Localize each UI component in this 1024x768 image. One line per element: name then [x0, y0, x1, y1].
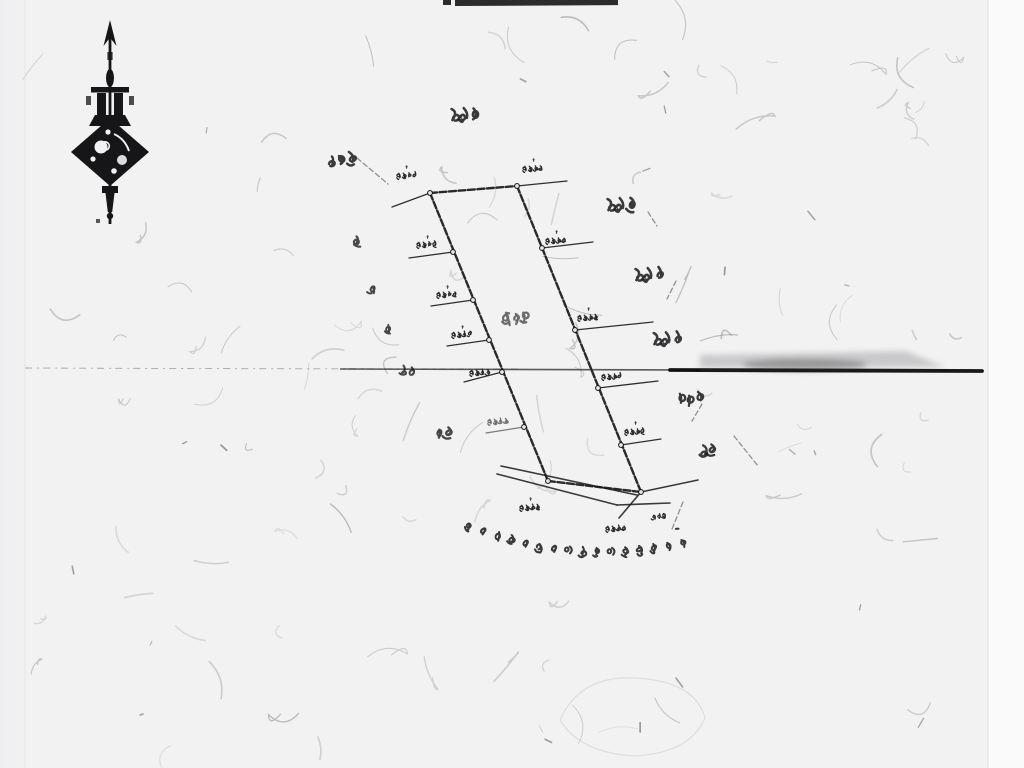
- road-line: [641, 480, 698, 492]
- road-caption-glyph: [608, 548, 615, 555]
- boundary-marker-tick: [517, 181, 567, 186]
- boundary-marker-label: [417, 241, 437, 249]
- glyph-stroke: [658, 514, 661, 519]
- parcel-number-label: [328, 151, 357, 168]
- glyph-stroke: [533, 159, 534, 162]
- glyph-stroke: [556, 231, 557, 234]
- glyph-stroke: [530, 498, 531, 501]
- faint-stain: [560, 678, 705, 756]
- parcel-plot: [392, 181, 698, 518]
- glyph-stroke: [608, 548, 615, 555]
- paper-fiber: [269, 713, 299, 722]
- parcel-number-label: [452, 107, 479, 122]
- boundary-marker-point: [515, 184, 520, 189]
- marker-index-digit: [635, 422, 636, 425]
- paper-fiber: [615, 40, 637, 59]
- parcel-number-label: [654, 331, 681, 346]
- interior-note: [502, 311, 530, 326]
- paper-fiber: [767, 61, 778, 62]
- glyph-stroke: [408, 173, 411, 177]
- paper-fiber: [366, 36, 374, 66]
- glyph-stroke: [679, 393, 685, 402]
- paper-fiber: [334, 321, 361, 330]
- paper-fleck: [664, 72, 669, 77]
- header-bar-fragment: [443, 0, 451, 5]
- paper-fiber: [543, 256, 579, 258]
- pencil-stroke: [692, 404, 702, 421]
- paper-fiber: [550, 601, 569, 607]
- pencil-curve: [700, 335, 738, 341]
- glyph-stroke: [618, 373, 621, 378]
- boundary-marker-tick: [447, 340, 489, 346]
- glyph-stroke: [475, 370, 479, 376]
- glyph-stroke: [480, 528, 486, 535]
- header-bar: [455, 0, 618, 6]
- glyph-stroke: [536, 504, 540, 510]
- paper-fiber: [877, 90, 897, 108]
- glyph-stroke: [485, 370, 490, 376]
- paper-fleck: [724, 267, 725, 274]
- side-note: [367, 286, 375, 293]
- paper-fiber: [475, 500, 490, 522]
- paper-fiber: [897, 58, 914, 88]
- boundary-marker-tick: [598, 381, 658, 388]
- paper-fiber: [137, 223, 147, 243]
- glyph-stroke: [457, 332, 461, 338]
- paper-fiber: [655, 698, 680, 723]
- glyph-stroke: [470, 370, 474, 376]
- glyph-stroke: [649, 544, 657, 554]
- side-note: [385, 325, 390, 334]
- glyph-stroke: [561, 238, 565, 242]
- glyph-stroke: [535, 543, 543, 553]
- glyph-stroke: [525, 505, 529, 511]
- paper-fleck: [814, 451, 815, 455]
- paper-fiber: [871, 435, 882, 467]
- paper-fiber: [276, 626, 282, 638]
- pencil-stroke: [734, 436, 758, 466]
- paper-fiber: [125, 593, 153, 597]
- paper-fiber: [190, 337, 206, 353]
- right-scan-margin: [988, 0, 1024, 768]
- glyph-stroke: [699, 445, 708, 457]
- glyph-stroke: [520, 312, 529, 323]
- glyph-stroke: [641, 428, 644, 435]
- glyph-stroke: [506, 313, 509, 314]
- paper-fleck: [520, 79, 525, 82]
- paper-fiber: [262, 133, 286, 142]
- marker-index-digit: [530, 498, 531, 501]
- fold-crease-line: [25, 351, 982, 371]
- glyph-stroke: [612, 374, 617, 380]
- paper-fiber: [778, 443, 801, 452]
- glyph-stroke: [433, 241, 436, 248]
- boundary-marker-label: [488, 418, 509, 426]
- paper-fiber: [950, 334, 962, 339]
- glyph-stroke: [666, 542, 671, 550]
- paper-fiber: [638, 83, 668, 98]
- paper-fiber: [221, 326, 240, 353]
- paper-fiber: [23, 54, 43, 79]
- road-caption-glyph: [535, 543, 543, 553]
- paper-fiber: [912, 330, 916, 339]
- paper-fleck: [643, 168, 650, 171]
- paper-fiber: [257, 178, 260, 192]
- glyph-stroke: [447, 286, 448, 289]
- paper-fleck: [140, 714, 143, 715]
- paper-fiber: [721, 66, 737, 94]
- glyph-stroke: [464, 522, 472, 531]
- boundary-marker-point: [619, 443, 624, 448]
- glyph-stroke: [498, 418, 502, 424]
- paper-fiber: [912, 138, 929, 146]
- paper-fiber: [50, 309, 80, 320]
- survey-marker-labels: [397, 159, 666, 533]
- boundary-marker-label: [651, 513, 666, 520]
- faint-stain: [598, 727, 638, 733]
- road-caption-glyph: [593, 548, 599, 557]
- paper-fleck: [676, 678, 683, 687]
- boundary-marker-tick: [409, 252, 453, 258]
- glyph-stroke: [397, 173, 401, 179]
- paper-fiber: [779, 289, 783, 315]
- paper-fleck: [545, 739, 551, 742]
- boundary-marker-point: [522, 425, 527, 430]
- glyph-stroke: [462, 331, 466, 337]
- paper-fiber: [905, 103, 913, 120]
- glyph-stroke: [452, 332, 456, 338]
- glyph-stroke: [339, 155, 345, 164]
- north-arrow-icon: [71, 20, 149, 224]
- glyph-stroke: [437, 430, 441, 438]
- road-caption-glyph: [621, 547, 628, 557]
- glyph-stroke: [635, 429, 640, 435]
- paper-fiber: [539, 726, 543, 733]
- paper-fiber: [403, 403, 419, 440]
- road-caption-glyph: [666, 542, 671, 550]
- paper-fiber: [903, 463, 910, 472]
- paper-fiber: [698, 65, 707, 77]
- glyph-stroke: [588, 308, 589, 311]
- side-note: [437, 427, 451, 438]
- glyph-stroke: [565, 546, 573, 554]
- boundary-marker-tick: [486, 427, 524, 433]
- paper-fiber: [316, 460, 324, 478]
- glyph-stroke: [697, 392, 703, 401]
- paper-fiber: [246, 444, 253, 451]
- paper-fleck: [860, 605, 861, 610]
- paper-fiber: [908, 703, 931, 715]
- paper-fiber: [305, 363, 309, 389]
- boundary-marker-point: [451, 250, 456, 255]
- boundary-marker-point: [546, 479, 551, 484]
- side-note: [399, 366, 414, 375]
- paper-fleck: [206, 128, 207, 133]
- boundary-marker-point: [428, 191, 433, 196]
- paper-fiber: [676, 267, 691, 303]
- glyph-stroke: [488, 419, 492, 425]
- paper-texture: [23, 0, 964, 768]
- glyph-stroke: [448, 292, 451, 296]
- glyph-stroke: [636, 546, 642, 557]
- paper-fiber: [712, 194, 732, 199]
- paper-fiber: [920, 413, 928, 421]
- paper-fleck: [789, 450, 795, 455]
- boundary-marker-tick: [575, 322, 653, 330]
- glyph-stroke: [556, 238, 561, 244]
- boundary-marker-point: [540, 246, 545, 251]
- paper-fiber: [489, 32, 506, 48]
- paper-fiber: [543, 660, 549, 672]
- paper-fiber: [489, 178, 496, 207]
- glyph-stroke: [472, 108, 478, 119]
- paper-fiber: [851, 62, 887, 74]
- glyph-stroke: [417, 242, 421, 248]
- road-caption-glyph: [578, 547, 586, 558]
- glyph-stroke: [413, 172, 416, 177]
- paper-fiber: [116, 526, 128, 552]
- boundary-marker-point: [500, 370, 505, 375]
- marker-index-digit: [462, 326, 463, 329]
- paper-fiber: [275, 528, 297, 538]
- glyph-stroke: [452, 292, 456, 297]
- road-caption-glyph: [507, 534, 516, 544]
- paper-fleck: [72, 566, 74, 574]
- glyph-stroke: [593, 548, 599, 557]
- glyph-stroke: [630, 429, 634, 435]
- glyph-stroke: [662, 513, 666, 518]
- road-caption-glyph: [464, 522, 472, 531]
- glyph-stroke: [346, 151, 357, 166]
- boundary-marker-point: [487, 338, 492, 343]
- paper-fiber: [368, 648, 408, 656]
- glyph-stroke: [507, 534, 516, 544]
- glyph-stroke: [676, 528, 679, 529]
- scanned-survey-sheet: ทางสาธารณประโยชน์ ๒๕๐ ๒๗๗ ๒๗๒ ๒๗๖ ๒๗๖ ๔๐…: [0, 0, 1024, 768]
- paper-fiber: [195, 388, 223, 405]
- pencil-stroke: [672, 502, 683, 529]
- glyph-stroke: [514, 314, 520, 324]
- glyph-stroke: [503, 418, 508, 423]
- paper-fiber: [494, 652, 518, 681]
- glyph-stroke: [687, 395, 693, 405]
- parcel-number-label: [636, 267, 664, 283]
- paper-fiber: [877, 529, 893, 540]
- paper-fiber: [904, 118, 917, 139]
- paper-fiber: [551, 194, 559, 225]
- paper-fiber: [31, 659, 42, 674]
- paper-fiber: [903, 539, 937, 542]
- boundary-marker-point: [596, 386, 601, 391]
- paper-fiber: [460, 423, 482, 453]
- glyph-stroke: [437, 292, 441, 298]
- paper-fiber: [507, 27, 524, 62]
- paper-fiber: [318, 737, 321, 759]
- glyph-stroke: [427, 236, 428, 239]
- survey-drawing: [0, 0, 1024, 768]
- paper-fiber: [915, 101, 924, 112]
- paper-fiber: [358, 389, 382, 398]
- paper-fiber: [736, 113, 775, 129]
- paper-fiber: [561, 17, 588, 31]
- glyph-stroke: [621, 547, 628, 557]
- glyph-stroke: [616, 525, 621, 531]
- paper-fiber: [384, 357, 396, 373]
- glyph-stroke: [675, 331, 681, 342]
- paper-fiber: [633, 172, 641, 183]
- paper-fiber: [352, 416, 358, 436]
- marker-index-digit: [427, 236, 428, 239]
- parcel-number-label: [699, 444, 716, 457]
- road-caption-glyph: [649, 544, 657, 554]
- boundary-marker-point: [471, 298, 476, 303]
- side-note: [354, 236, 360, 246]
- glyph-stroke: [528, 166, 532, 172]
- paper-fleck: [150, 641, 152, 645]
- glyph-stroke: [385, 325, 390, 334]
- paper-fiber: [114, 335, 127, 341]
- pencil-stroke: [667, 281, 676, 299]
- paper-fiber: [537, 395, 544, 431]
- glyph-stroke: [442, 292, 446, 298]
- glyph-stroke: [607, 374, 611, 380]
- marker-index-digit: [447, 286, 448, 289]
- glyph-stroke: [367, 286, 375, 293]
- paper-fiber: [573, 706, 583, 744]
- boundary-marker-tick: [621, 439, 661, 445]
- glyph-stroke: [606, 526, 610, 532]
- marker-index-digit: [533, 159, 534, 162]
- road-caption-glyph: [680, 539, 686, 547]
- glyph-stroke: [354, 236, 360, 246]
- boundary-marker-label: [546, 237, 566, 244]
- road-caption-glyph: [480, 528, 486, 535]
- paper-fleck: [664, 106, 666, 113]
- glyph-stroke: [546, 238, 550, 244]
- glyph-stroke: [625, 429, 629, 435]
- road-caption-glyph: [523, 540, 528, 547]
- marker-index-digit: [588, 308, 589, 311]
- paper-fiber: [160, 746, 171, 768]
- paper-fiber: [403, 517, 416, 521]
- glyph-stroke: [428, 242, 431, 246]
- glyph-stroke: [538, 166, 542, 171]
- parcel-number-label: [679, 392, 703, 407]
- glyph-stroke: [399, 366, 405, 375]
- paper-fiber: [566, 348, 584, 377]
- glyph-stroke: [533, 166, 538, 172]
- fold-smudge: [743, 359, 867, 371]
- fold-segment-mid: [340, 369, 700, 370]
- road-caption-glyph: [495, 531, 502, 541]
- paper-fiber: [424, 657, 438, 689]
- marker-index-digit: [556, 231, 557, 234]
- plot-boundary-edge: [430, 186, 517, 193]
- glyph-stroke: [602, 374, 606, 380]
- paper-fiber: [168, 283, 192, 292]
- glyph-stroke: [495, 531, 502, 541]
- boundary-marker-label: [437, 291, 457, 298]
- glyph-stroke: [523, 166, 527, 172]
- glyph-stroke: [402, 173, 406, 179]
- paper-fiber: [587, 439, 603, 455]
- paper-fiber: [440, 167, 456, 183]
- glyph-stroke: [621, 526, 625, 530]
- boundary-marker-label: [606, 525, 626, 533]
- boundary-marker-point: [573, 328, 578, 333]
- paper-fiber: [274, 249, 293, 256]
- paper-fiber: [946, 54, 964, 63]
- paper-fiber: [900, 48, 929, 72]
- glyph-stroke: [578, 547, 586, 558]
- glyph-stroke: [462, 326, 463, 329]
- boundary-marker-label: [625, 428, 645, 436]
- road-line: [617, 503, 670, 505]
- glyph-stroke: [657, 267, 663, 278]
- boundary-marker-label: [452, 331, 472, 339]
- glyph-stroke: [552, 545, 557, 552]
- glyph-stroke: [523, 540, 528, 547]
- paper-fiber: [176, 626, 206, 641]
- glyph-stroke: [530, 504, 535, 510]
- scan-margins: [25, 0, 1024, 768]
- boundary-marker-tick: [431, 300, 473, 306]
- boundary-marker-label: [523, 165, 543, 172]
- paper-fleck: [845, 285, 849, 286]
- paper-fiber: [766, 494, 802, 499]
- paper-fleck: [183, 442, 187, 444]
- glyph-stroke: [625, 198, 635, 213]
- glyph-stroke: [583, 315, 587, 321]
- road-caption-glyph: [676, 528, 679, 529]
- glyph-stroke: [443, 427, 452, 438]
- boundary-marker-tick: [392, 193, 430, 207]
- glyph-stroke: [467, 331, 472, 336]
- paper-fleck: [918, 718, 923, 727]
- paper-fiber: [119, 399, 131, 405]
- paper-fiber: [675, 0, 686, 39]
- paper-fiber: [840, 295, 852, 322]
- boundary-marker-point: [639, 490, 644, 495]
- glyph-stroke: [520, 505, 524, 511]
- paper-fiber: [330, 504, 351, 532]
- road-caption-glyph: [565, 546, 573, 554]
- paper-fiber: [312, 349, 344, 359]
- glyph-stroke: [551, 238, 555, 244]
- glyph-stroke: [406, 166, 407, 169]
- glyph-stroke: [611, 526, 615, 532]
- pencil-stroke: [648, 212, 657, 226]
- paper-fiber: [468, 213, 498, 223]
- glyph-stroke: [588, 315, 593, 321]
- paper-fleck: [221, 445, 227, 450]
- boundary-marker-tick: [542, 242, 593, 248]
- boundary-marker-label: [397, 172, 416, 180]
- glyph-stroke: [635, 422, 636, 425]
- paper-fiber: [209, 662, 222, 699]
- glyph-stroke: [493, 419, 497, 425]
- boundary-marker-label: [520, 504, 540, 512]
- parcel-number-label: [608, 197, 636, 214]
- glyph-stroke: [651, 515, 655, 520]
- paper-fleck: [808, 211, 815, 219]
- paper-fiber: [337, 486, 347, 495]
- glyph-stroke: [578, 315, 582, 321]
- paper-fiber: [194, 560, 228, 563]
- marker-index-digit: [406, 166, 407, 169]
- glyph-stroke: [328, 156, 335, 166]
- cropped-header-bar: [443, 0, 618, 6]
